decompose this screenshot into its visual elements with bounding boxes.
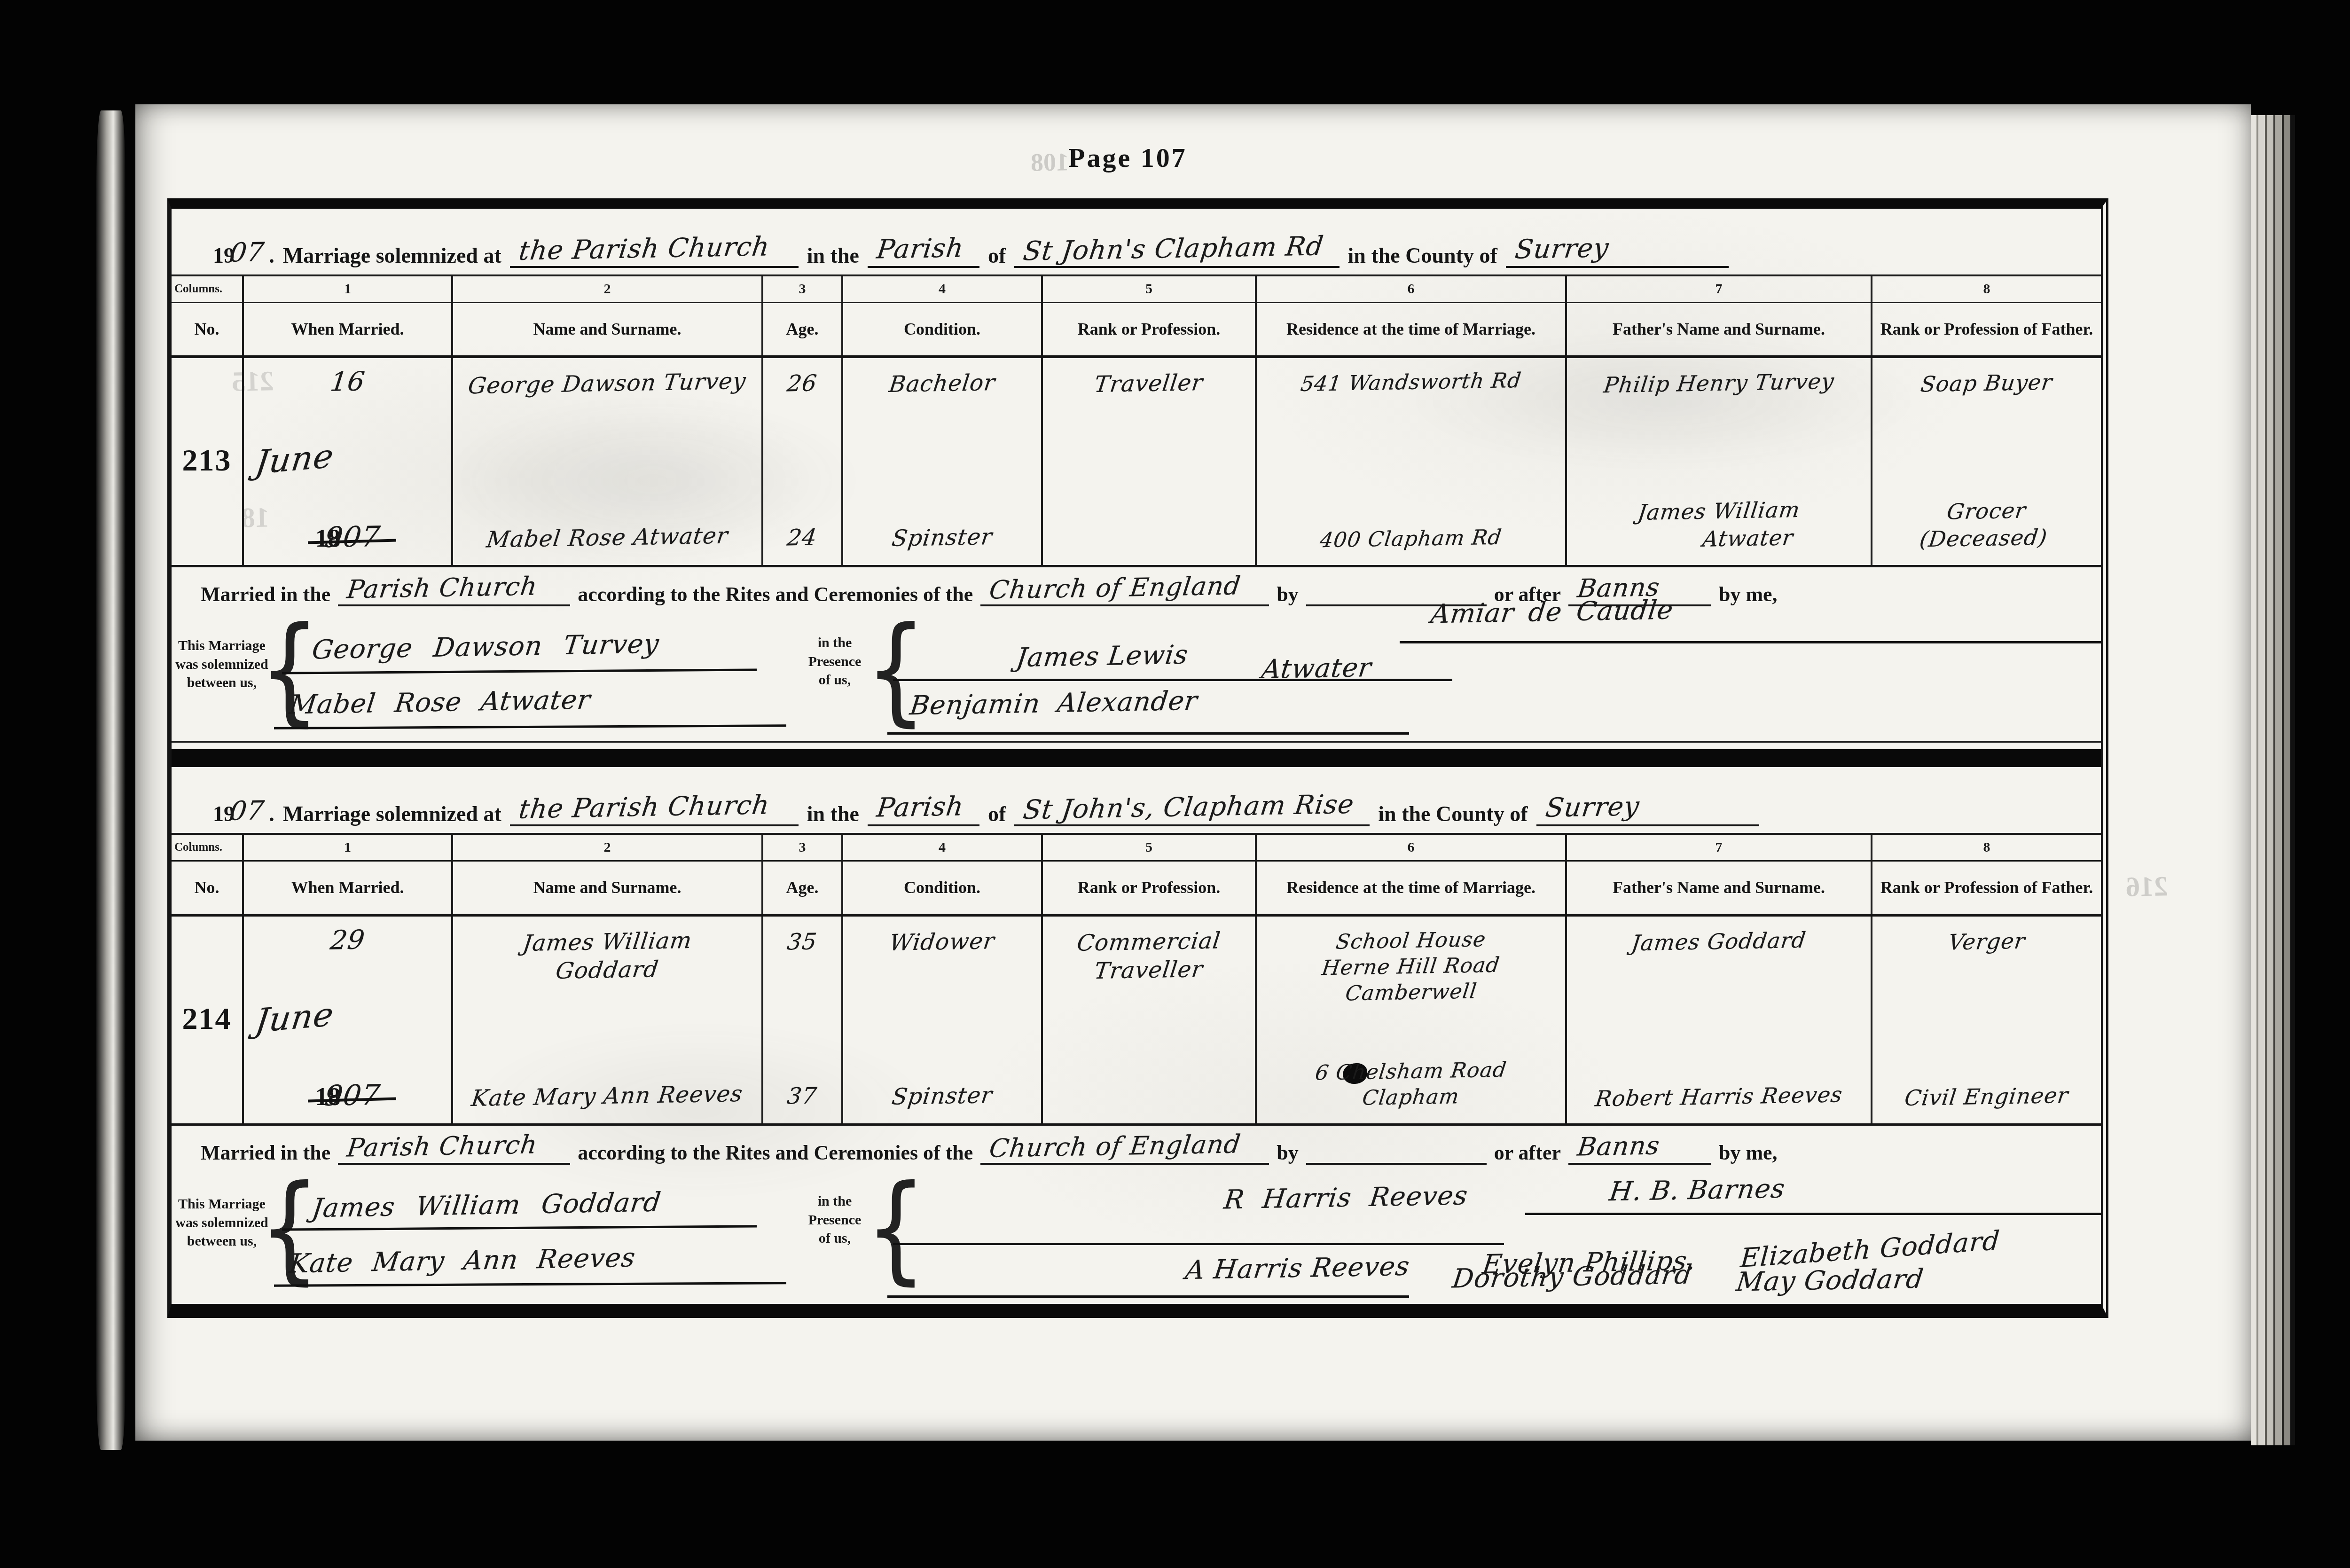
groom-condition: Bachelor [887,369,997,398]
marriage-solemnized-label: Marriage solemnized at [283,243,501,268]
column-number: 2 [451,835,761,860]
marriage-register-table: 19 07 . Marriage solemnized at the Paris… [167,198,2108,1318]
father-name-cell: Philip Henry Turvey James William Atwate… [1565,358,1871,565]
column-numbers-row: Columns. 1 2 3 4 5 6 7 8 [172,274,2101,302]
county-handwritten: Surrey [1513,233,1611,265]
column-header-no: No. [172,303,242,355]
column-headers-row: No. When Married. Name and Surname. Age.… [172,860,2101,914]
witness-signature: A Harris Reeves [1183,1251,1411,1286]
column-header-father-profession: Rank or Profession of Father. [1871,303,2101,355]
parish-name-blank: St John's Clapham Rd [1014,234,1339,268]
column-number: 3 [761,835,841,860]
county-label: in the County of [1378,801,1527,826]
label-line: between us, [172,1232,271,1251]
banns-blank: Banns [1568,1131,1711,1165]
wedding-day: 29 [329,925,367,956]
signature-line [274,1282,786,1287]
by-blank-empty [1306,1134,1487,1165]
entry-number-cell: 213 [172,358,242,565]
year-correction: 907 [322,1079,382,1113]
married-in-line: Married in the Parish Church according t… [172,565,2101,614]
label-line: in the [795,634,875,652]
column-header-no: No. [172,862,242,914]
column-number: 7 [1565,835,1871,860]
label-line: This Marriage [172,636,271,655]
column-header-age: Age. [761,862,841,914]
column-number: 2 [451,276,761,302]
condition-cell: Widower Spinster [841,917,1041,1123]
by-me-label: by me, [1719,1141,1778,1165]
entry-214-data: 214 29 June 18907 James William Goddard … [172,914,2101,1123]
parish-name-handwritten: St John's, Clapham Rise [1021,789,1356,825]
county-blank: Surrey [1506,234,1729,268]
bride-residence-line1: 6 Chelsham Road [1314,1058,1508,1085]
column-number: 3 [761,276,841,302]
column-number: 5 [1041,276,1255,302]
bride-father-profession: Civil Engineer [1903,1082,2070,1111]
groom-residence-line3: Camberwell [1344,980,1478,1006]
age-cell: 26 24 [761,358,841,565]
column-number: 4 [841,835,1041,860]
groom-age: 35 [786,928,819,955]
married-church-handwritten: Parish Church [345,571,539,604]
register-page: 108 215 18 216 Page 107 19 07 . Marriage… [135,104,2251,1441]
bride-father-profession-line2: (Deceased) [1918,525,2049,552]
when-married-cell: 16 June 18907 [242,358,451,565]
marriage-solemnized-label: Marriage solemnized at [283,801,501,826]
year-handwritten: 07 [228,237,266,268]
officiant-signature: H. B. Barnes [1608,1174,1787,1207]
father-name-cell: James Goddard Robert Harris Reeves [1565,917,1871,1123]
bride-father-name: Robert Harris Reeves [1594,1082,1844,1111]
bleed-through-text: 108 [1030,147,1069,177]
this-marriage-label: This Marriage was solemnized between us, [172,1195,271,1251]
column-number: 6 [1255,276,1565,302]
groom-name: George Dawson Turvey [467,368,748,399]
label-line: of us, [795,1229,875,1248]
officiant-line [1400,641,2101,643]
witness-line [893,1243,1504,1245]
column-number: 1 [242,276,451,302]
label-line: of us, [795,671,875,690]
profession-cell: Commercial Traveller [1041,917,1255,1123]
column-number: 7 [1565,276,1871,302]
or-after-label: or after [1494,1141,1561,1165]
bride-father-name-line2: Atwater [1701,525,1794,551]
groom-father-name: James Goddard [1630,927,1808,956]
married-church-blank: Parish Church [338,1131,570,1165]
county-blank: Surrey [1536,792,1759,826]
label-line: was solemnized [172,1214,271,1232]
rites-blank: Church of England [980,573,1269,606]
by-label: by [1277,1141,1298,1165]
signature-block: This Marriage was solemnized between us,… [172,1172,2101,1309]
groom-name-line1: James William [521,927,693,956]
column-header-when-married: When Married. [242,862,451,914]
column-number: 8 [1871,835,2101,860]
brace-decoration [865,1170,926,1287]
column-header-father-profession: Rank or Profession of Father. [1871,862,2101,914]
county-label: in the County of [1348,243,1497,268]
bride-residence: 400 Clapham Rd [1319,525,1504,553]
rites-handwritten: Church of England [988,1129,1243,1163]
parish-type-blank: Parish [868,792,979,826]
in-the-label: in the [807,801,859,826]
groom-father-name: Philip Henry Turvey [1602,368,1836,398]
wedding-year: 18907 [315,1079,380,1112]
bride-condition: Spinster [890,524,994,552]
bride-residence-line2: Clapham [1361,1084,1461,1110]
column-header-name: Name and Surname. [451,862,761,914]
section-divider [172,741,2101,767]
parish-type-blank: Parish [868,234,979,268]
witness-signature: Atwater [1260,652,1373,685]
signature-line [282,668,757,674]
bride-father-name-line1: James William [1636,497,1802,525]
register-entry-213: 19 07 . Marriage solemnized at the Paris… [172,209,2101,741]
column-number: 5 [1041,835,1255,860]
column-header-age: Age. [761,303,841,355]
column-header-profession: Rank or Profession. [1041,303,1255,355]
name-cell: George Dawson Turvey Mabel Rose Atwater [451,358,761,565]
this-marriage-label: This Marriage was solemnized between us, [172,636,271,692]
page-curl-edge [96,110,125,1450]
married-church-blank: Parish Church [338,573,570,606]
officiant-line [1525,1213,2101,1215]
parish-type-handwritten: Parish [875,233,965,265]
groom-profession-line2: Traveller [1093,956,1205,984]
column-header-residence: Residence at the time of Marriage. [1255,862,1565,914]
column-header-when-married: When Married. [242,303,451,355]
entry-heading: 19 07 . Marriage solemnized at the Paris… [172,767,2101,833]
columns-label: Columns. [172,276,242,302]
column-header-profession: Rank or Profession. [1041,862,1255,914]
groom-condition: Widower [888,928,996,956]
residence-cell: School House Herne Hill Road Camberwell … [1255,917,1565,1123]
label-line: This Marriage [172,1195,271,1214]
parish-name-blank: St John's, Clapham Rise [1014,792,1370,826]
of-label: of [988,801,1006,826]
year-handwritten: 07 [228,795,266,826]
signature-block: This Marriage was solemnized between us,… [172,614,2101,741]
column-number: 1 [242,835,451,860]
church-name-handwritten: the Parish Church [517,231,771,266]
rites-blank: Church of England [980,1131,1269,1165]
label-line: in the [795,1192,875,1211]
bride-age: 37 [786,1082,819,1109]
county-handwritten: Surrey [1543,791,1641,823]
parish-type-handwritten: Parish [875,791,965,823]
by-me-label: by me, [1719,582,1778,606]
wedding-year: 18907 [315,521,380,554]
name-cell: James William Goddard Kate Mary Ann Reev… [451,917,761,1123]
column-header-condition: Condition. [841,303,1041,355]
witness-signature: James Lewis [1015,640,1190,673]
signature-line [274,724,786,729]
signature-line [282,1225,757,1231]
groom-signature: James William Goddard [310,1187,663,1224]
wedding-month: June [253,437,336,482]
church-name-handwritten: the Parish Church [517,790,771,824]
officiant-signature: Amiar de Caudle [1429,595,1675,630]
wedding-month: June [253,995,336,1040]
column-header-residence: Residence at the time of Marriage. [1255,303,1565,355]
book-page-stack-edge [2251,115,2295,1445]
groom-residence: 541 Wandsworth Rd [1299,368,1523,396]
parish-name-handwritten: St John's Clapham Rd [1022,231,1326,267]
married-church-handwritten: Parish Church [345,1129,539,1162]
label-line: between us, [172,674,271,692]
presence-label: in the Presence of us, [795,634,875,690]
of-label: of [988,243,1006,268]
column-number: 6 [1255,835,1565,860]
groom-father-profession: Verger [1947,928,2027,955]
column-header-condition: Condition. [841,862,1041,914]
period: . [269,801,274,826]
column-header-father: Father's Name and Surname. [1565,303,1871,355]
condition-cell: Bachelor Spinster [841,358,1041,565]
by-label: by [1277,582,1298,606]
entry-number-cell: 214 [172,917,242,1123]
column-headers-row: No. When Married. Name and Surname. Age.… [172,302,2101,355]
groom-residence-line1: School House [1334,927,1487,954]
rites-handwritten: Church of England [988,571,1243,604]
bride-condition: Spinster [890,1082,994,1110]
column-number: 8 [1871,276,2101,302]
entry-number: 213 [182,443,232,478]
entry-heading: 19 07 . Marriage solemnized at the Paris… [172,209,2101,274]
church-name-blank: the Parish Church [510,234,799,268]
groom-residence-line2: Herne Hill Road [1321,953,1502,980]
groom-profession: Traveller [1093,369,1205,398]
register-entry-214: 19 07 . Marriage solemnized at the Paris… [172,767,2101,1309]
father-profession-cell: Verger Civil Engineer [1871,917,2101,1123]
bride-signature: Kate Mary Ann Reeves [288,1243,637,1279]
bride-signature: Mabel Rose Atwater [288,684,592,720]
father-profession-cell: Soap Buyer Grocer (Deceased) [1871,358,2101,565]
witness-signature: R Harris Reeves [1222,1180,1469,1215]
column-header-father: Father's Name and Surname. [1565,862,1871,914]
witness-signature: Benjamin Alexander [908,686,1199,721]
label-line: Presence [795,1211,875,1230]
period: . [269,243,274,268]
witness-line [887,732,1409,735]
entry-number: 214 [182,1001,232,1037]
in-the-label: in the [807,243,859,268]
label-line: Presence [795,652,875,671]
church-name-blank: the Parish Church [510,792,799,826]
wedding-day: 16 [329,366,367,397]
witness-signature: May Goddard [1735,1264,1926,1298]
page-number-title: Page 107 [1068,142,1187,173]
bride-father-profession-line1: Grocer [1946,498,2028,525]
entry-213-data: 213 16 June 18907 George Dawson Turvey M… [172,355,2101,565]
witness-signature: Dorothy Goddard [1450,1260,1693,1294]
bleed-through-text: 216 [2125,870,2168,903]
groom-age: 26 [786,370,819,397]
when-married-cell: 29 June 18907 [242,917,451,1123]
groom-name-line2: Goddard [554,956,660,984]
column-header-name: Name and Surname. [451,303,761,355]
bride-name: Mabel Rose Atwater [485,523,729,553]
groom-profession-line1: Commercial [1076,927,1222,956]
age-cell: 35 37 [761,917,841,1123]
married-in-line: Married in the Parish Church according t… [172,1123,2101,1172]
year-correction: 907 [322,520,382,554]
presence-label: in the Presence of us, [795,1192,875,1248]
groom-father-profession: Soap Buyer [1919,369,2054,397]
columns-label: Columns. [172,835,242,860]
bride-age: 24 [786,524,819,551]
witness-line [887,1295,1409,1298]
groom-signature: George Dawson Turvey [310,629,661,666]
profession-cell: Traveller [1041,358,1255,565]
column-numbers-row: Columns. 1 2 3 4 5 6 7 8 [172,833,2101,860]
banns-handwritten: Banns [1576,1130,1661,1161]
bride-name: Kate Mary Ann Reeves [470,1081,744,1112]
label-line: was solemnized [172,655,271,674]
column-number: 4 [841,276,1041,302]
residence-cell: 541 Wandsworth Rd 400 Clapham Rd [1255,358,1565,565]
